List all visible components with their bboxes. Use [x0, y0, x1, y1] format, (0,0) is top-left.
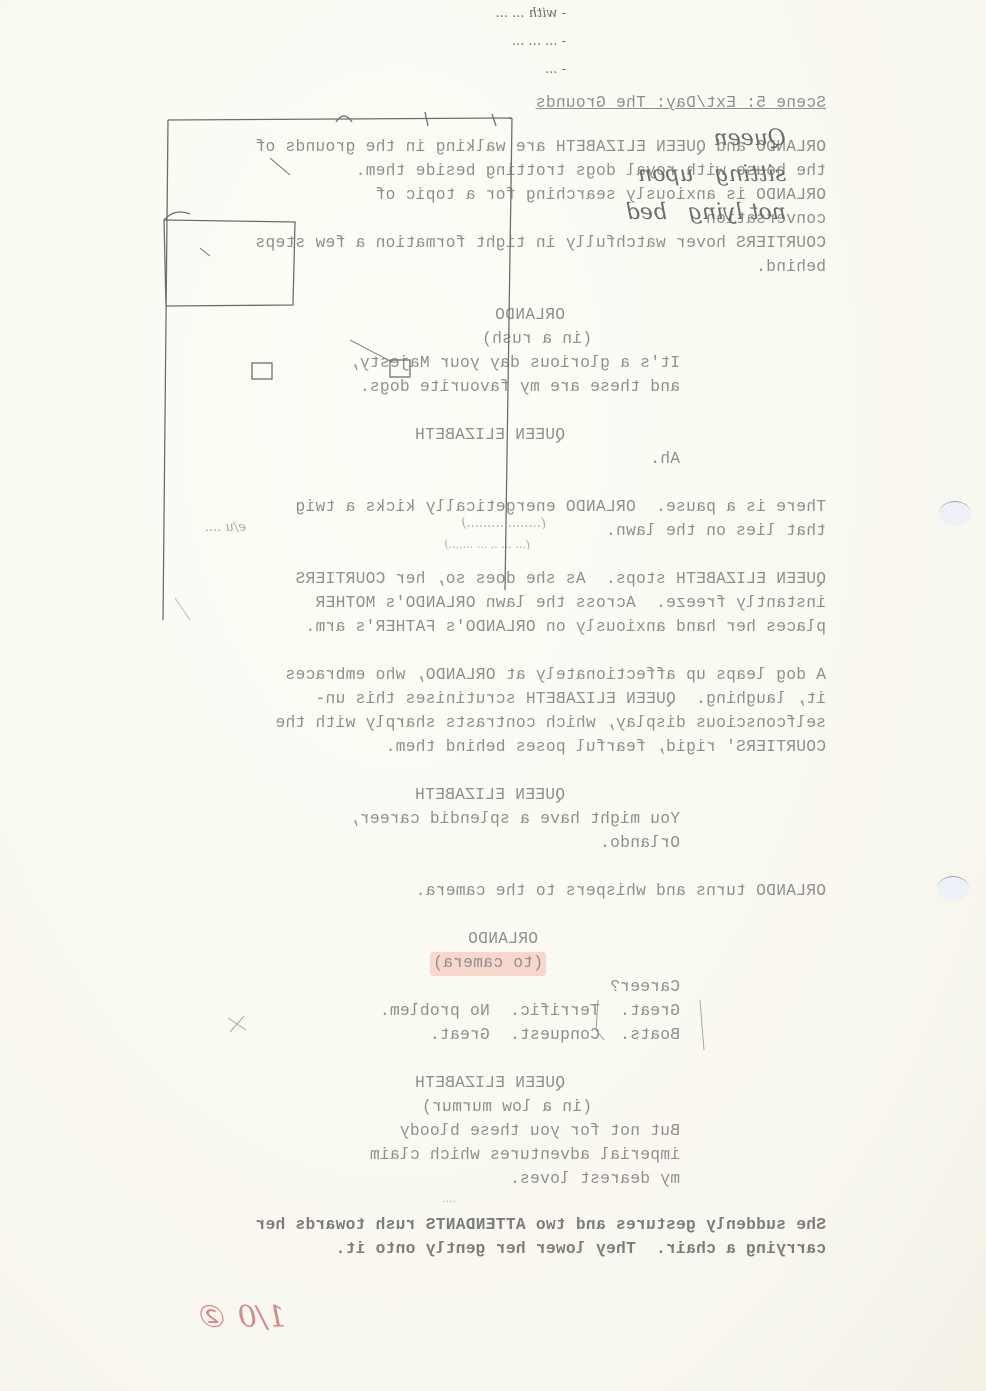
sketch-mark-square	[252, 363, 272, 379]
scanned-page: Scene 5: Ext/Day: The Grounds ORLANDO an…	[0, 0, 986, 1391]
sketch-frame-left	[163, 120, 168, 620]
sketch-inner-rect	[164, 220, 295, 306]
sketch-mark-square	[390, 360, 410, 377]
pencil-sketch	[0, 0, 986, 1391]
sketch-frame-right	[505, 118, 512, 590]
